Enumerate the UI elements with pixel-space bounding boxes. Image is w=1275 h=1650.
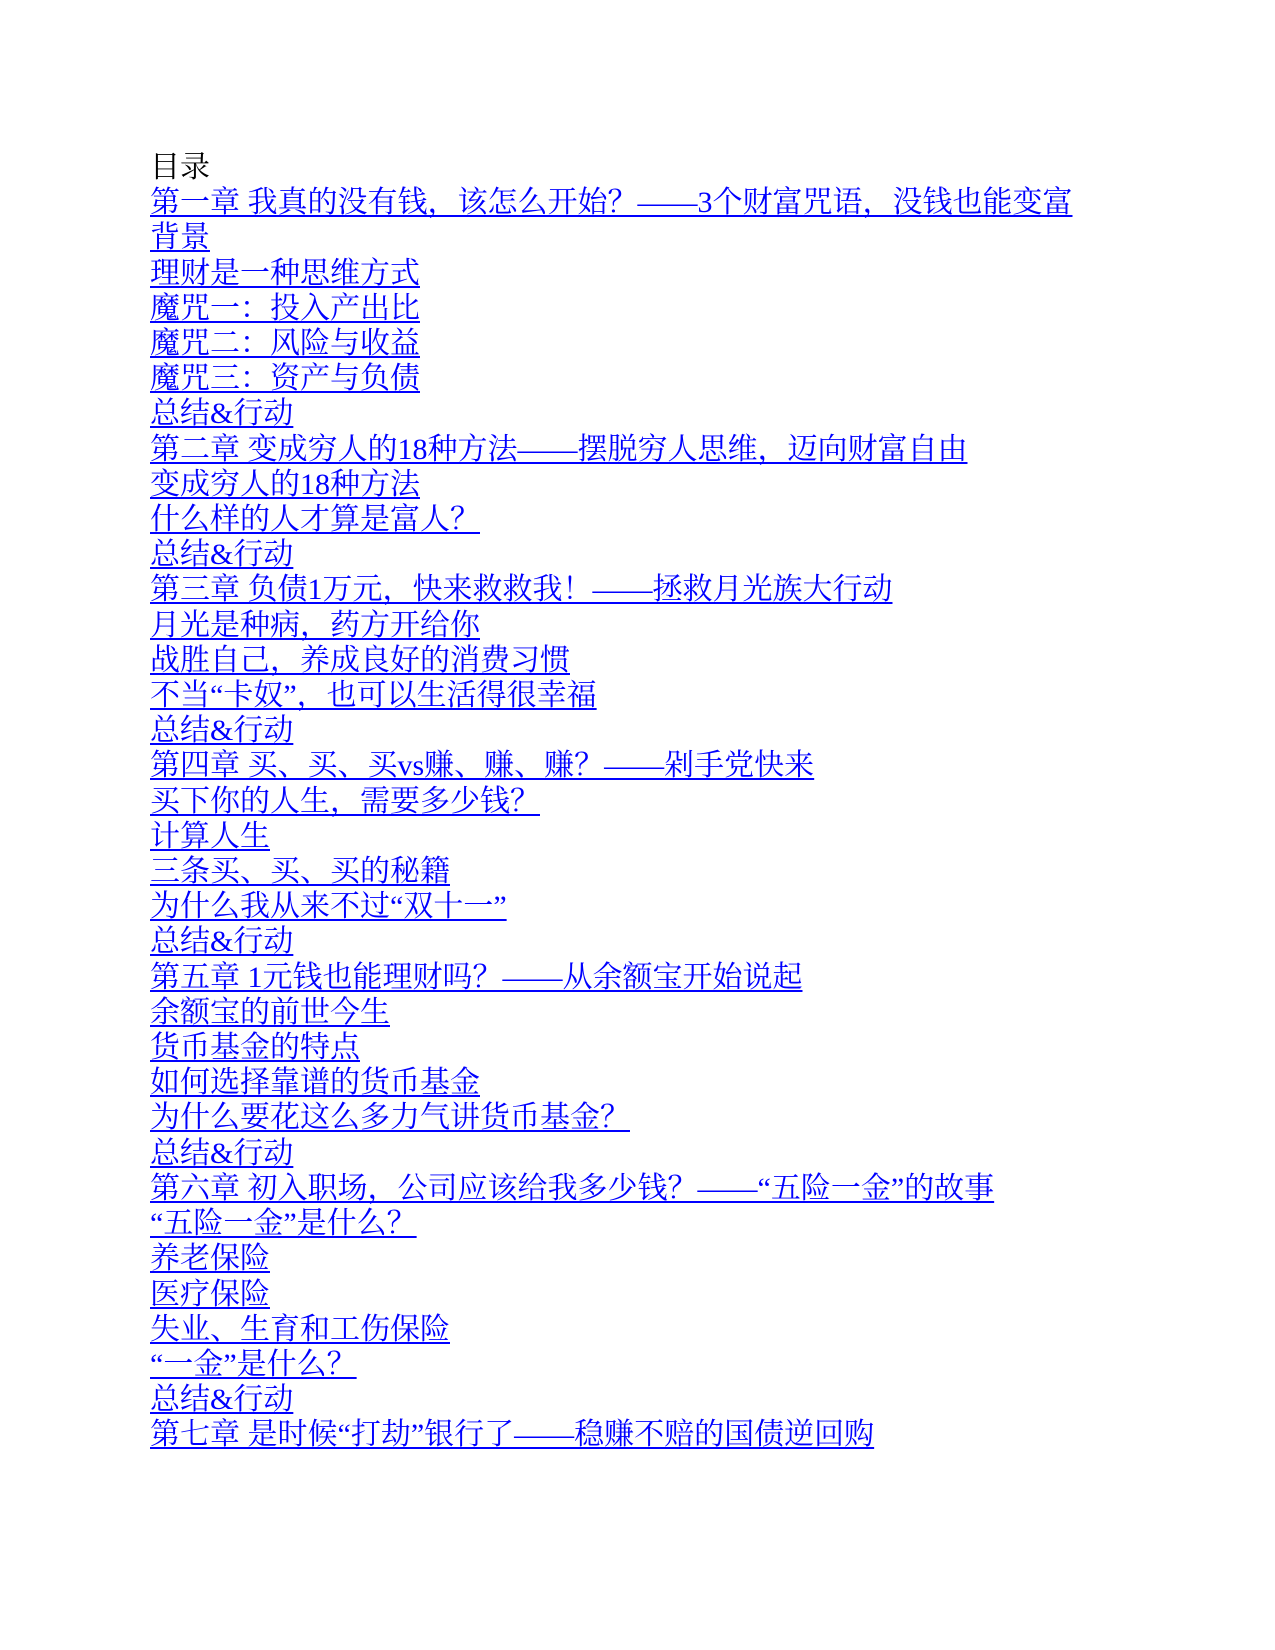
toc-item: 总结&行动 xyxy=(150,396,1250,431)
toc-item: 货币基金的特点 xyxy=(150,1030,1250,1065)
toc-item: “五险一金”是什么？ xyxy=(150,1206,1250,1241)
toc-link[interactable]: 医疗保险 xyxy=(150,1278,270,1311)
toc-item: 什么样的人才算是富人？ xyxy=(150,502,1250,537)
toc-link-chapter-3[interactable]: 第三章 负债1万元，快来救救我！——拯救月光族大行动 xyxy=(150,573,893,606)
toc-item: 三条买、买、买的秘籍 xyxy=(150,854,1250,889)
toc-link[interactable]: 理财是一种思维方式 xyxy=(150,257,420,290)
toc-item: 为什么要花这么多力气讲货币基金？ xyxy=(150,1100,1250,1135)
toc-item: 养老保险 xyxy=(150,1241,1250,1276)
toc-item: 如何选择靠谱的货币基金 xyxy=(150,1065,1250,1100)
toc-item: 为什么我从来不过“双十一” xyxy=(150,889,1250,924)
toc-item: 理财是一种思维方式 xyxy=(150,256,1250,291)
toc-link[interactable]: 魔咒三：资产与负债 xyxy=(150,362,420,395)
toc-item: 计算人生 xyxy=(150,819,1250,854)
toc-link[interactable]: 总结&行动 xyxy=(150,538,293,571)
toc-link[interactable]: 计算人生 xyxy=(150,820,270,853)
toc-item: 买下你的人生，需要多少钱？ xyxy=(150,784,1250,819)
toc-item: 变成穷人的18种方法 xyxy=(150,467,1250,502)
toc-link[interactable]: 战胜自己，养成良好的消费习惯 xyxy=(150,644,570,677)
toc-link[interactable]: 养老保险 xyxy=(150,1242,270,1275)
toc-item: 总结&行动 xyxy=(150,537,1250,572)
toc-item: 医疗保险 xyxy=(150,1277,1250,1312)
toc-link-chapter-1[interactable]: 第一章 我真的没有钱，该怎么开始？——3个财富咒语，没钱也能变富 xyxy=(150,186,1073,219)
toc-item: 总结&行动 xyxy=(150,1382,1250,1417)
toc-item: “一金”是什么？ xyxy=(150,1347,1250,1382)
toc-link[interactable]: 总结&行动 xyxy=(150,714,293,747)
toc-item: 魔咒三：资产与负债 xyxy=(150,361,1250,396)
toc-item: 第一章 我真的没有钱，该怎么开始？——3个财富咒语，没钱也能变富 xyxy=(150,185,1250,220)
toc-item: 总结&行动 xyxy=(150,1136,1250,1171)
toc-item: 魔咒二：风险与收益 xyxy=(150,326,1250,361)
toc-link-chapter-5[interactable]: 第五章 1元钱也能理财吗？——从余额宝开始说起 xyxy=(150,961,803,994)
toc-item: 总结&行动 xyxy=(150,924,1250,959)
toc-link[interactable]: 失业、生育和工伤保险 xyxy=(150,1313,450,1346)
toc-item: 背景 xyxy=(150,220,1250,255)
toc-heading: 目录 xyxy=(150,150,1250,185)
toc-item: 魔咒一：投入产出比 xyxy=(150,291,1250,326)
toc-link[interactable]: 如何选择靠谱的货币基金 xyxy=(150,1066,480,1099)
toc-link-chapter-7[interactable]: 第七章 是时候“打劫”银行了——稳赚不赔的国债逆回购 xyxy=(150,1418,874,1451)
toc-link-chapter-4[interactable]: 第四章 买、买、买vs赚、赚、赚？——剁手党快来 xyxy=(150,749,814,782)
toc-link[interactable]: 月光是种病，药方开给你 xyxy=(150,609,480,642)
toc-item: 第二章 变成穷人的18种方法——摆脱穷人思维，迈向财富自由 xyxy=(150,432,1250,467)
toc-link[interactable]: 总结&行动 xyxy=(150,925,293,958)
toc-link[interactable]: 货币基金的特点 xyxy=(150,1031,360,1064)
toc-link[interactable]: 魔咒二：风险与收益 xyxy=(150,327,420,360)
toc-item: 第七章 是时候“打劫”银行了——稳赚不赔的国债逆回购 xyxy=(150,1417,1250,1452)
toc-item: 第五章 1元钱也能理财吗？——从余额宝开始说起 xyxy=(150,960,1250,995)
toc-item: 总结&行动 xyxy=(150,713,1250,748)
toc-item: 不当“卡奴”，也可以生活得很幸福 xyxy=(150,678,1250,713)
toc-link[interactable]: 什么样的人才算是富人？ xyxy=(150,503,480,536)
toc-link[interactable]: 总结&行动 xyxy=(150,1383,293,1416)
toc-link[interactable]: 为什么要花这么多力气讲货币基金？ xyxy=(150,1101,630,1134)
toc-link-chapter-2[interactable]: 第二章 变成穷人的18种方法——摆脱穷人思维，迈向财富自由 xyxy=(150,433,968,466)
toc-link[interactable]: 买下你的人生，需要多少钱？ xyxy=(150,785,540,818)
toc-item: 第四章 买、买、买vs赚、赚、赚？——剁手党快来 xyxy=(150,748,1250,783)
toc-item: 失业、生育和工伤保险 xyxy=(150,1312,1250,1347)
table-of-contents: 第一章 我真的没有钱，该怎么开始？——3个财富咒语，没钱也能变富 背景 理财是一… xyxy=(150,185,1250,1452)
toc-link[interactable]: 变成穷人的18种方法 xyxy=(150,468,420,501)
toc-link[interactable]: 为什么我从来不过“双十一” xyxy=(150,890,507,923)
toc-item: 第三章 负债1万元，快来救救我！——拯救月光族大行动 xyxy=(150,572,1250,607)
toc-item: 余额宝的前世今生 xyxy=(150,995,1250,1030)
toc-link[interactable]: 魔咒一：投入产出比 xyxy=(150,292,420,325)
toc-link[interactable]: “五险一金”是什么？ xyxy=(150,1207,417,1240)
toc-item: 战胜自己，养成良好的消费习惯 xyxy=(150,643,1250,678)
toc-item: 第六章 初入职场，公司应该给我多少钱？——“五险一金”的故事 xyxy=(150,1171,1250,1206)
toc-item: 月光是种病，药方开给你 xyxy=(150,608,1250,643)
toc-link[interactable]: 总结&行动 xyxy=(150,397,293,430)
toc-link[interactable]: 三条买、买、买的秘籍 xyxy=(150,855,450,888)
toc-link[interactable]: 余额宝的前世今生 xyxy=(150,996,390,1029)
toc-link[interactable]: “一金”是什么？ xyxy=(150,1348,357,1381)
toc-link[interactable]: 背景 xyxy=(150,221,210,254)
toc-link-chapter-6[interactable]: 第六章 初入职场，公司应该给我多少钱？——“五险一金”的故事 xyxy=(150,1172,994,1205)
toc-link[interactable]: 总结&行动 xyxy=(150,1137,293,1170)
toc-link[interactable]: 不当“卡奴”，也可以生活得很幸福 xyxy=(150,679,597,712)
document-page: 目录 第一章 我真的没有钱，该怎么开始？——3个财富咒语，没钱也能变富 背景 理… xyxy=(150,150,1250,1453)
